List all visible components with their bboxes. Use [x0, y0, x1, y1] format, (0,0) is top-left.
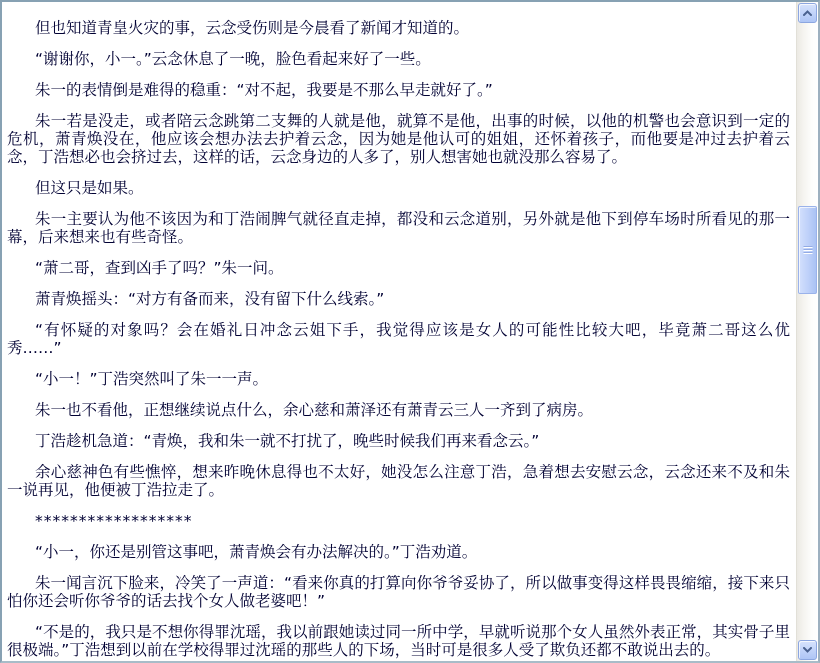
- novel-text-area: 但也知道青皇火灾的事，云念受伤则是今晨看了新闻才知道的。“谢谢你，小一。”云念休…: [2, 2, 796, 661]
- chevron-down-icon: [803, 647, 812, 653]
- paragraph: 朱一闻言沉下脸来，冷笑了一声道：“看来你真的打算向你爷爷妥协了，所以做事变得这样…: [7, 574, 790, 610]
- paragraph-list: 但也知道青皇火灾的事，云念受伤则是今晨看了新闻才知道的。“谢谢你，小一。”云念休…: [7, 19, 790, 659]
- scroll-up-button[interactable]: [798, 3, 817, 23]
- paragraph: “小一！”丁浩突然叫了朱一一声。: [7, 370, 790, 388]
- paragraph: “不是的，我只是不想你得罪沈瑶，我以前跟她读过同一所中学，早就听说那个女人虽然外…: [7, 623, 790, 659]
- vertical-scrollbar[interactable]: [796, 2, 818, 661]
- page-viewport: 但也知道青皇火灾的事，云念受伤则是今晨看了新闻才知道的。“谢谢你，小一。”云念休…: [0, 0, 820, 663]
- paragraph: 朱一的表情倒是难得的稳重：“对不起，我要是不那么早走就好了。”: [7, 81, 790, 99]
- paragraph: “谢谢你，小一。”云念休息了一晚，脸色看起来好了一些。: [7, 50, 790, 68]
- scrollbar-grip-icon: [803, 246, 812, 254]
- paragraph: 朱一若是没走，或者陪云念跳第二支舞的人就是他，就算不是他，出事的时候，以他的机警…: [7, 112, 790, 166]
- paragraph: ******************: [7, 512, 790, 530]
- paragraph: 朱一也不看他，正想继续说点什么，余心慈和萧泽还有萧青云三人一齐到了病房。: [7, 401, 790, 419]
- paragraph: 但这只是如果。: [7, 179, 790, 197]
- paragraph: 萧青焕摇头：“对方有备而来，没有留下什么线索。”: [7, 290, 790, 308]
- chevron-up-icon: [803, 10, 812, 16]
- paragraph: “有怀疑的对象吗？会在婚礼日冲念云姐下手，我觉得应该是女人的可能性比较大吧，毕竟…: [7, 321, 790, 357]
- scrollbar-thumb[interactable]: [798, 206, 817, 294]
- paragraph: 朱一主要认为他不该因为和丁浩闹脾气就径直走掉，都没和云念道别，另外就是他下到停车…: [7, 210, 790, 246]
- scroll-down-button[interactable]: [798, 640, 817, 660]
- paragraph: “萧二哥，查到凶手了吗？”朱一问。: [7, 259, 790, 277]
- paragraph: 余心慈神色有些憔悴，想来昨晚休息得也不太好，她没怎么注意丁浩，急着想去安慰云念，…: [7, 463, 790, 499]
- paragraph: 但也知道青皇火灾的事，云念受伤则是今晨看了新闻才知道的。: [7, 19, 790, 37]
- paragraph: 丁浩趁机急道：“青焕，我和朱一就不打扰了，晚些时候我们再来看念云。”: [7, 432, 790, 450]
- paragraph: “小一，你还是别管这事吧，萧青焕会有办法解决的。”丁浩劝道。: [7, 543, 790, 561]
